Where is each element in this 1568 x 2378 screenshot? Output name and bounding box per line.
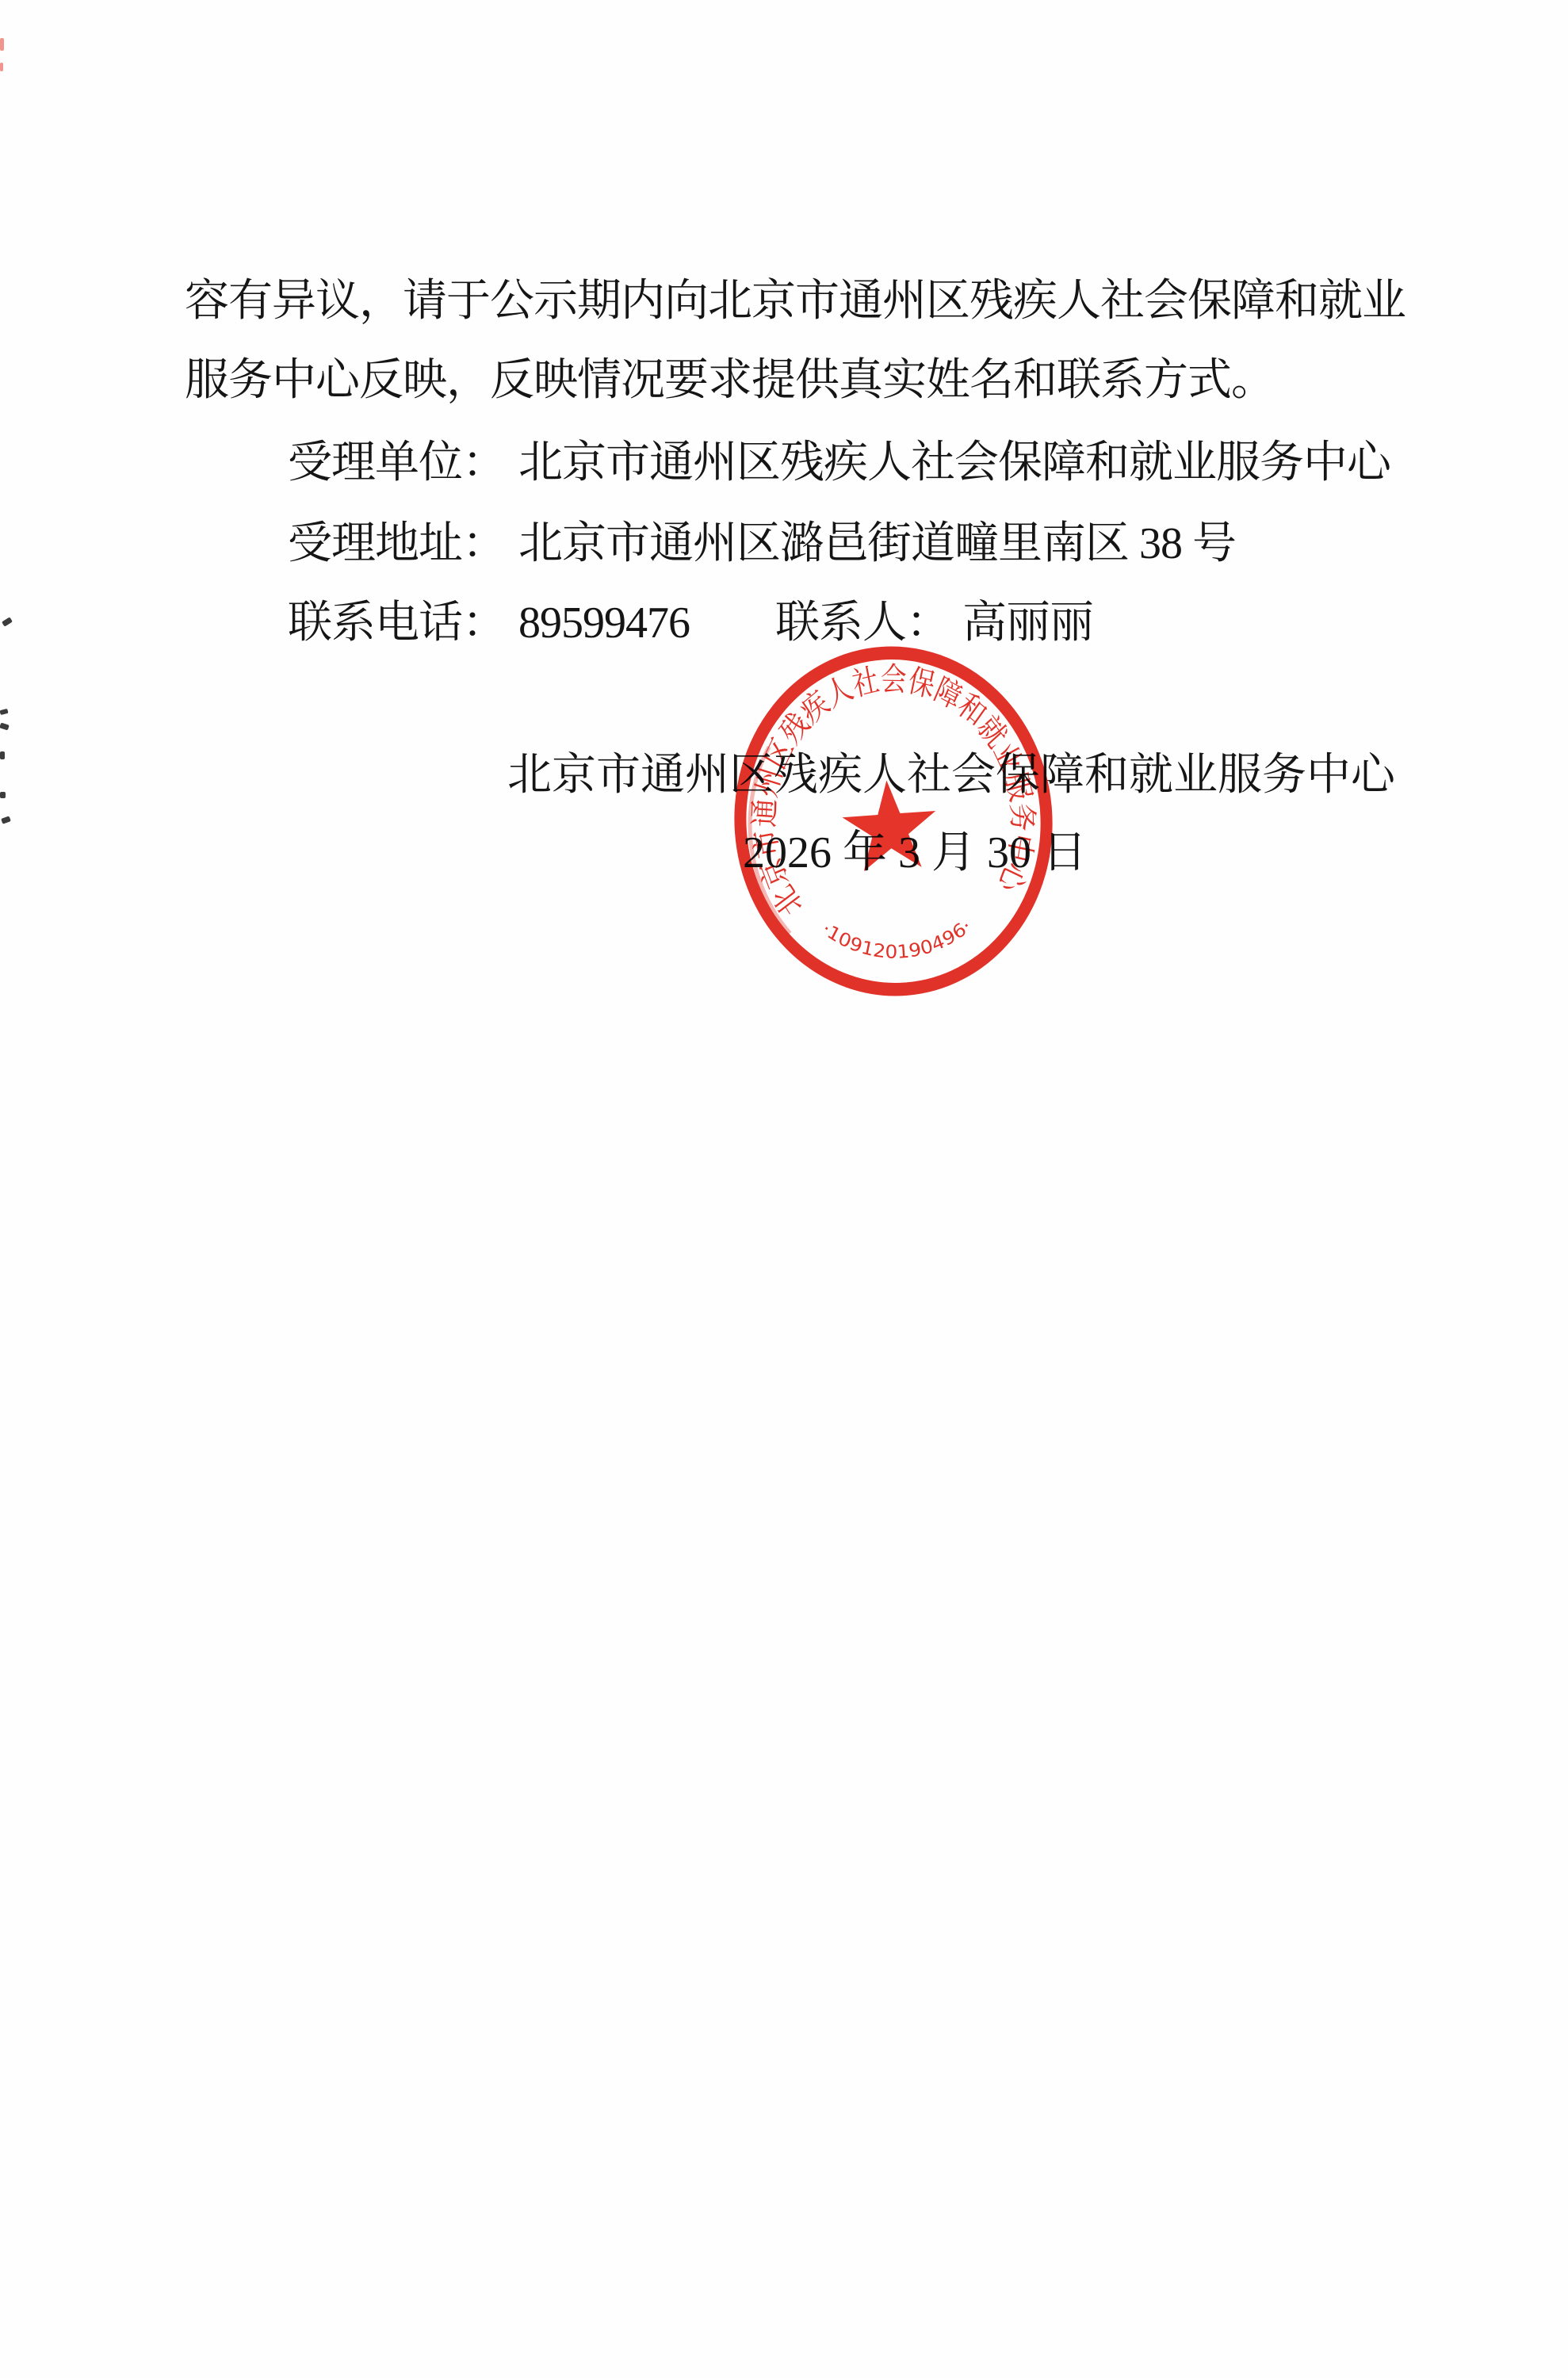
scan-artifact-dark-4 — [0, 751, 5, 759]
phone-number: 89599476 — [518, 598, 690, 648]
seal-serial-container: ·109120190496· — [817, 908, 977, 969]
accept-unit-label: 受理单位： — [288, 438, 506, 487]
phone-label: 联系电话： — [288, 598, 506, 648]
accept-address-label: 受理地址： — [288, 519, 506, 568]
paragraph-line-2: 服务中心反映，反映情况要求提供真实姓名和联系方式。 — [185, 358, 1275, 403]
accept-address-value: 北京市通州区潞邑街道疃里南区 38 号 — [518, 519, 1236, 568]
scan-artifact-red-1 — [0, 38, 4, 51]
scan-artifact-dark-5 — [0, 792, 6, 798]
scan-artifact-red-2 — [0, 63, 3, 71]
seal-serial-number: ·109120190496· — [817, 908, 977, 969]
accept-unit-line: 受理单位：北京市通州区残疾人社会保障和就业服务中心 — [288, 441, 1390, 485]
scan-artifact-dark-3 — [0, 722, 10, 730]
scan-artifact-dark-2 — [0, 709, 9, 715]
accept-unit-value: 北京市通州区残疾人社会保障和就业服务中心 — [518, 438, 1390, 487]
accept-address-line: 受理地址：北京市通州区潞邑街道疃里南区 38 号 — [288, 522, 1236, 566]
star-icon — [840, 777, 940, 872]
scan-artifact-dark-1 — [2, 617, 13, 626]
document-page: 容有异议，请于公示期内向北京市通州区残疾人社会保障和就业 服务中心反映，反映情况… — [0, 0, 1568, 2378]
official-seal-stamp: 北京市通州区残疾人社会保障和就业服务中心 ·109120190496· — [706, 617, 1081, 1025]
scan-artifact-dark-6 — [1, 816, 11, 824]
paragraph-line-1: 容有异议，请于公示期内向北京市通州区残疾人社会保障和就业 — [185, 279, 1405, 323]
